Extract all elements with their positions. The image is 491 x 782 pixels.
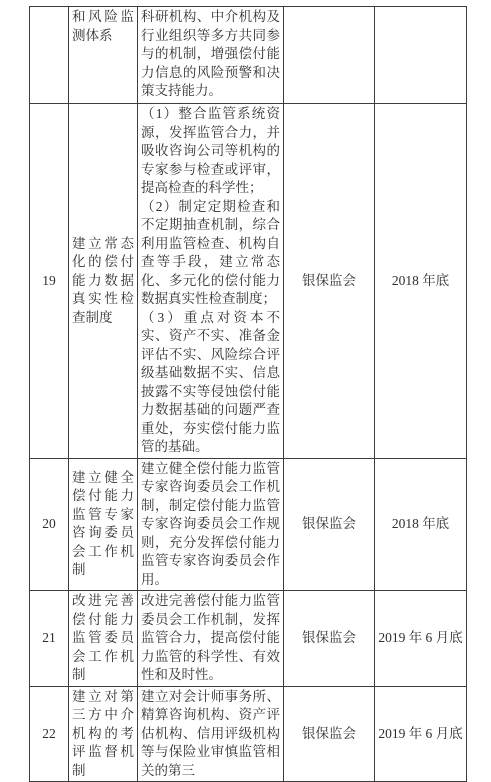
agency-cell: 银保监会: [284, 591, 375, 687]
action-plan-table: 和风险监测体系 科研机构、中介机构及行业组织等多方共同参与的机制，增强偿付能力信…: [29, 6, 467, 782]
deadline-cell: [375, 7, 467, 104]
document-page: 和风险监测体系 科研机构、中介机构及行业组织等多方共同参与的机制，增强偿付能力信…: [29, 6, 467, 782]
measures-cell: 建立对会计师事务所、精算咨询机构、资产评估机构、信用评级机构等与保险业审慎监管相…: [138, 686, 284, 782]
agency-cell: 银保监会: [284, 104, 375, 459]
task-cell: 建立对第三方中介机构的考评监督机制: [69, 686, 138, 782]
task-cell: 和风险监测体系: [69, 7, 138, 104]
deadline-cell: 2018 年底: [375, 104, 467, 459]
task-cell: 改进完善偿付能力监管委员会工作机制: [69, 591, 138, 687]
agency-cell: 银保监会: [284, 686, 375, 782]
row-number-cell: 22: [30, 686, 69, 782]
table-row-continuation: 和风险监测体系 科研机构、中介机构及行业组织等多方共同参与的机制，增强偿付能力信…: [30, 7, 467, 104]
measures-cell: 建立健全偿付能力监管专家咨询委员会工作机制，制定偿付能力监管专家咨询委员会工作规…: [138, 458, 284, 591]
table-row-22: 22 建立对第三方中介机构的考评监督机制 建立对会计师事务所、精算咨询机构、资产…: [30, 686, 467, 782]
table-row-21: 21 改进完善偿付能力监管委员会工作机制 改进完善偿付能力监管委员会工作机制，发…: [30, 591, 467, 687]
measures-cell: 改进完善偿付能力监管委员会工作机制，发挥监管合力，提高偿付能力监管的科学性、有效…: [138, 591, 284, 687]
measures-cell: 科研机构、中介机构及行业组织等多方共同参与的机制，增强偿付能力信息的风险预警和决…: [138, 7, 284, 104]
task-cell: 建立健全偿付能力监管专家咨询委员会工作机制: [69, 458, 138, 591]
row-number-cell: 21: [30, 591, 69, 687]
agency-cell: 银保监会: [284, 458, 375, 591]
deadline-cell: 2019 年 6 月底: [375, 591, 467, 687]
row-number-cell: 19: [30, 104, 69, 459]
deadline-cell: 2019 年 6 月底: [375, 686, 467, 782]
task-cell: 建立常态化的偿付能力数据真实性检查制度: [69, 104, 138, 459]
table-row-19: 19 建立常态化的偿付能力数据真实性检查制度 （1）整合监管系统资源，发挥监管合…: [30, 104, 467, 459]
deadline-cell: 2018 年底: [375, 458, 467, 591]
row-number-cell: [30, 7, 69, 104]
table-row-20: 20 建立健全偿付能力监管专家咨询委员会工作机制 建立健全偿付能力监管专家咨询委…: [30, 458, 467, 591]
row-number-cell: 20: [30, 458, 69, 591]
measures-cell: （1）整合监管系统资源，发挥监管合力，并吸收咨询公司等机构的专家参与检查或评审，…: [138, 104, 284, 459]
agency-cell: [284, 7, 375, 104]
